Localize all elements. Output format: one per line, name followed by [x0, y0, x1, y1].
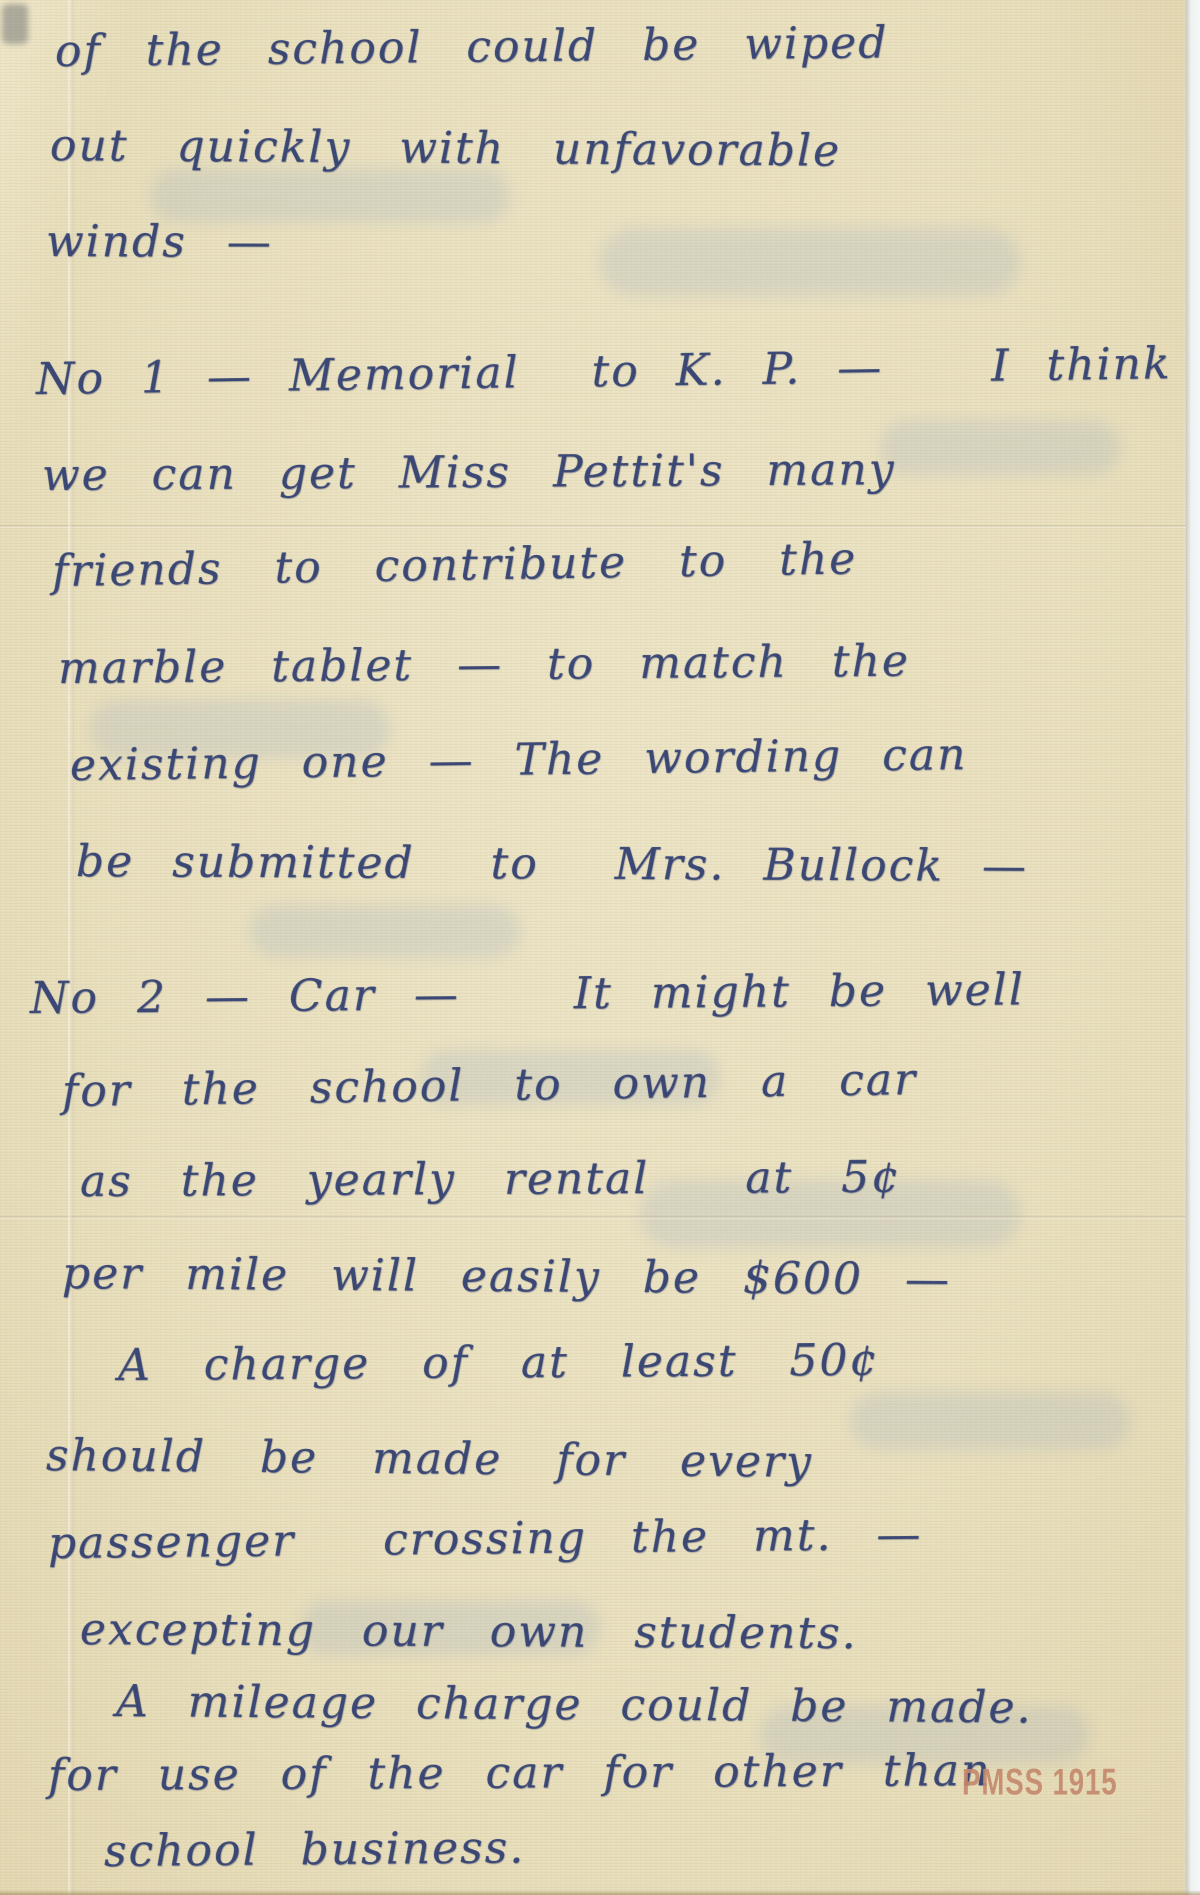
ink-bleed-ghost	[150, 168, 510, 223]
ink-bleed-ghost	[600, 228, 1020, 296]
handwritten-line: No 2 — Car — It might be well	[30, 966, 1025, 1023]
handwritten-line: existing one — The wording can	[70, 731, 968, 790]
handwritten-line: out quickly with unfavorable	[50, 122, 841, 176]
handwritten-line: per mile will easily be $600 —	[62, 1250, 951, 1305]
horizontal-fold-crease	[0, 1216, 1200, 1219]
handwritten-line: No 1 — Memorial to K. P. — I think	[36, 340, 1172, 404]
scan-corner-smudge	[2, 4, 28, 44]
handwritten-line: for use of the car for other than	[48, 1747, 992, 1800]
handwritten-line: be submitted to Mrs. Bullock —	[76, 838, 1028, 891]
ink-bleed-ghost	[880, 420, 1120, 475]
ink-bleed-ghost	[250, 905, 520, 957]
vertical-fold-crease	[68, 0, 74, 1895]
handwritten-line: for the school to own a car	[62, 1056, 918, 1116]
handwritten-line: marble tablet — to match the	[58, 638, 910, 694]
handwritten-line: as the yearly rental at 5¢	[80, 1154, 901, 1207]
letter-page: of the school could be wipedout quickly …	[0, 0, 1200, 1895]
handwritten-line: A mileage charge could be made.	[116, 1678, 1033, 1733]
archive-watermark: PMSS 1915	[962, 1762, 1118, 1805]
handwritten-line: passenger crossing the mt. —	[48, 1511, 923, 1569]
handwritten-line: winds —	[46, 218, 273, 267]
handwritten-line: we can get Miss Pettit's many	[42, 446, 896, 500]
horizontal-fold-crease	[0, 525, 1200, 528]
handwritten-line: school business.	[104, 1824, 526, 1876]
scan-edge-right	[1186, 0, 1200, 1895]
scan-edge-bottom	[0, 1890, 1200, 1895]
ink-bleed-ghost	[850, 1392, 1130, 1450]
handwritten-line: friends to contribute to the	[52, 535, 858, 596]
handwritten-line: of the school could be wiped	[55, 19, 889, 76]
handwritten-line: A charge of at least 50¢	[118, 1337, 880, 1391]
handwritten-line: excepting our own students.	[80, 1606, 858, 1658]
handwritten-line: should be made for every	[46, 1432, 813, 1487]
